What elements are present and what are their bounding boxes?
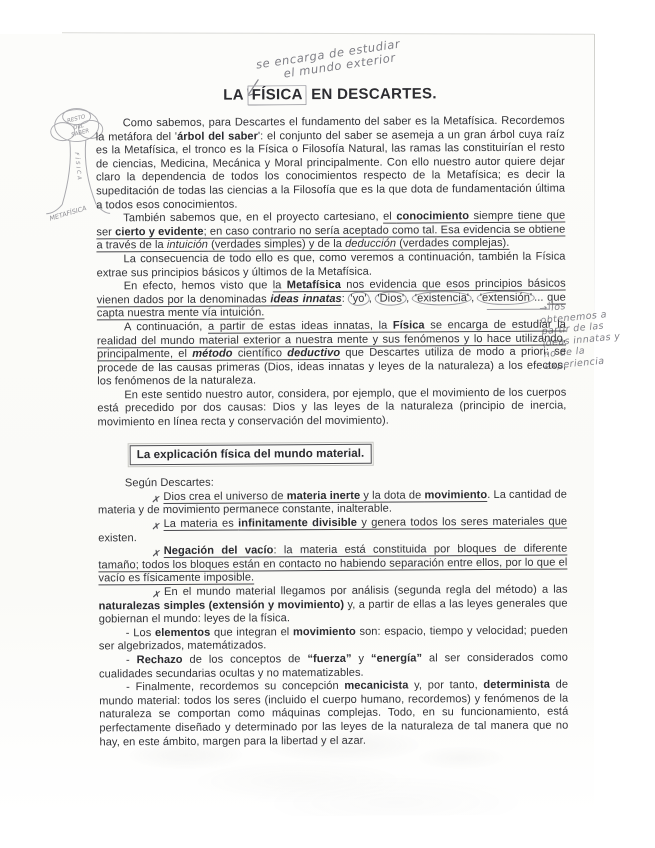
text-segment: La consecuencia de todo ello es que, com… <box>97 250 566 278</box>
text-segment: elementos <box>155 627 210 639</box>
text-segment: infinitamente divisible <box>238 517 357 530</box>
text-segment: ideas innatas <box>270 293 341 305</box>
text-segment: materia inerte <box>287 490 361 502</box>
text-segment: EN DESCARTES. <box>307 85 437 103</box>
text-segment: y, por tanto, <box>408 679 483 691</box>
document-body: Como sabemos, para Descartes el fundamen… <box>96 115 569 750</box>
text-segment: - Los <box>126 627 155 639</box>
text-segment: Física <box>393 319 425 331</box>
text-segment: científico <box>233 347 288 359</box>
text-segment: naturalezas simples (extensión y movimie… <box>99 598 345 611</box>
text-segment: Negación del vacío <box>164 545 274 558</box>
text-segment: conocimiento <box>396 210 469 222</box>
body-paragraph: ✗Negación del vacío: la materia está con… <box>98 543 567 587</box>
text-segment: deductivo <box>287 347 340 359</box>
text-segment: Dios crea el universo de <box>163 490 286 503</box>
circled-term: 'extensión' <box>477 290 535 304</box>
text-segment: método <box>192 348 232 360</box>
text-segment: de los conceptos de <box>183 653 308 666</box>
text-segment: “energía” <box>371 652 422 664</box>
text-segment: a partir de estas ideas innatas, la <box>208 320 393 333</box>
text-segment: En el mundo material llegamos por anális… <box>164 584 568 598</box>
text-segment: y genera todos los seres materiales que <box>357 516 567 529</box>
text-segment: Según Descartes: <box>125 477 214 490</box>
text-segment: movimiento <box>424 489 487 501</box>
text-segment: y <box>352 653 372 665</box>
body-paragraph: En este sentido nuestro autor, considera… <box>97 386 566 430</box>
text-segment: intuición <box>167 239 208 251</box>
text-segment: (verdades simples) y de la <box>208 238 345 251</box>
text-segment: LA <box>223 86 248 103</box>
text-segment: La materia es <box>164 518 239 530</box>
body-paragraph: ✗Dios crea el universo de materia inerte… <box>98 488 567 518</box>
section-heading: La explicación física del mundo material… <box>130 443 372 465</box>
text-segment: “fuerza” <box>307 653 351 665</box>
handwritten-top-note: se encarga de estudiar el mundo exterior <box>255 38 403 85</box>
text-segment: - Finalmente, recordemos su concepción <box>126 680 344 693</box>
text-segment: (verdades complejas). <box>396 237 509 250</box>
text-segment: cierto y evidente <box>115 226 204 239</box>
text-segment: árbol del saber <box>177 130 258 142</box>
body-paragraph: A continuación, a partir de estas ideas … <box>97 318 566 389</box>
text-segment: movimiento <box>293 626 356 638</box>
tree-crown-label: RESTO <box>67 114 87 125</box>
text-segment: A continuación, <box>124 321 208 334</box>
text-segment: FÍSICA <box>248 85 307 105</box>
text-segment: - <box>126 654 137 666</box>
body-paragraph: Como sabemos, para Descartes el fundamen… <box>96 115 566 213</box>
body-paragraph: La consecuencia de todo ello es que, com… <box>96 250 565 280</box>
body-paragraph: En efecto, hemos visto que la Metafísica… <box>97 278 566 322</box>
text-segment: la <box>273 279 287 291</box>
text-segment: y la dota de <box>360 489 424 501</box>
text-segment: Rechazo <box>137 654 183 666</box>
text-segment: Metafísica <box>287 279 341 291</box>
text-segment: que integran el <box>210 626 293 639</box>
body-paragraph: También sabemos que, en el proyecto cart… <box>96 210 565 254</box>
body-paragraph: ✗La materia es infinitamente divisible y… <box>98 516 567 546</box>
text-segment: el <box>383 211 396 223</box>
body-paragraph: ✗En el mundo material llegamos por análi… <box>99 584 568 628</box>
body-paragraph: - Rechazo de los conceptos de “fuerza” y… <box>99 652 568 682</box>
scan-noise <box>2 726 655 818</box>
text-segment: En este sentido nuestro autor, considera… <box>97 386 566 428</box>
text-segment: También sabemos que, en el proyecto cart… <box>123 211 383 225</box>
text-segment: deducción <box>345 238 396 250</box>
text-segment: determinista <box>483 679 550 691</box>
document-title: LA FÍSICA EN DESCARTES. <box>95 85 564 105</box>
tree-root-label: METAFÍSICA <box>48 203 87 222</box>
circled-term: 'existencia' <box>412 291 472 305</box>
text-segment: En efecto, hemos visto que <box>124 279 273 292</box>
circled-term: 'Dios' <box>374 291 407 305</box>
text-segment: mecanicista <box>344 680 408 692</box>
document: se encarga de estudiar el mundo exterior… <box>0 0 655 848</box>
circled-term: 'yo' <box>347 291 369 305</box>
tree-trunk-label: FÍSICA <box>73 152 83 182</box>
section-heading-row: La explicación física del mundo material… <box>98 427 567 477</box>
body-paragraph: - Los elementos que integran el movimien… <box>99 624 568 654</box>
scanned-page: se encarga de estudiar el mundo exterior… <box>0 0 655 848</box>
